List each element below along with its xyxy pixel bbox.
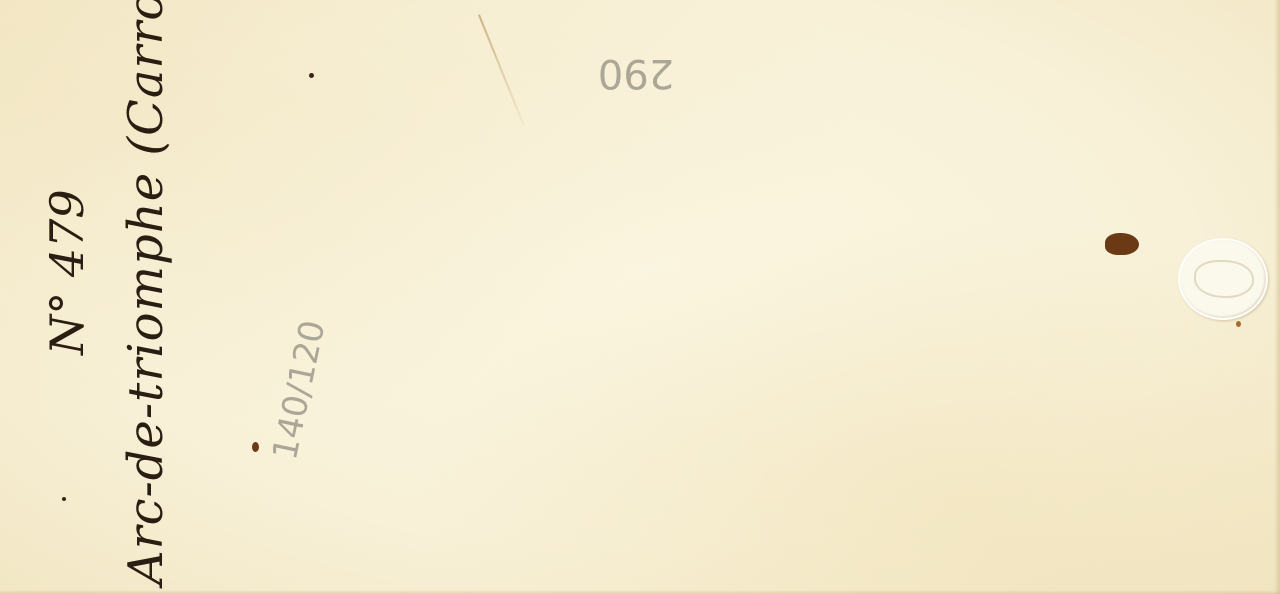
card-back: N° 479 Arc-de-triomphe (Carrousel) 290 1… [0,0,1280,594]
inventory-number: N° 479 [40,189,94,355]
pencil-dimensions: 140/120 [265,317,333,463]
ink-dot [62,497,66,501]
foxing-dot [1236,321,1241,327]
paper-crease [478,14,525,126]
card-edge [0,590,1280,594]
ink-dot [252,442,259,452]
embossed-stamp-icon [1178,238,1268,320]
ink-dot [309,73,314,78]
pencil-number: 290 [576,50,696,96]
stamp-monogram [1194,260,1254,298]
handwritten-title: Arc-de-triomphe (Carrousel) [118,0,174,585]
card-edge [1274,0,1280,594]
foxing-stain [1105,233,1139,255]
